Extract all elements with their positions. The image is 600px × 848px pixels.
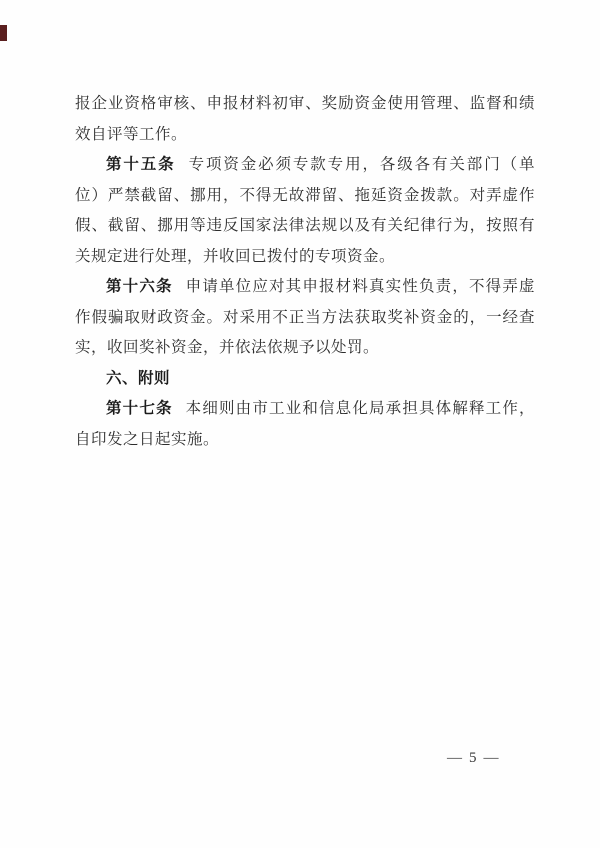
article-15-label: 第十五条 <box>106 156 176 173</box>
body-line: 作假骗取财政资金。对采用不正当方法获取奖补资金的，一经查 <box>75 303 535 334</box>
article-15-line: 第十五条专项资金必须专款专用，各级各有关部门（单 <box>75 150 535 181</box>
body-line: 实，收回奖补资金，并依法依规予以处罚。 <box>75 333 535 364</box>
line-text: 作假骗取财政资金。对采用不正当方法获取奖补资金的，一经查 <box>75 309 535 326</box>
article-16-label: 第十六条 <box>106 278 173 295</box>
article-16-line: 第十六条申请单位应对其申报材料真实性负责，不得弄虚 <box>75 272 535 303</box>
footer-right-dash: — <box>484 750 500 766</box>
body-line: 效自评等工作。 <box>75 120 535 151</box>
body-line: 关规定进行处理，并收回已拨付的专项资金。 <box>75 242 535 273</box>
section-6-label: 六、附则 <box>106 370 170 387</box>
line-text: 实，收回奖补资金，并依法依规予以处罚。 <box>75 339 379 356</box>
line-text: 假、截留、挪用等违反国家法律法规以及有关纪律行为，按照有 <box>75 217 535 234</box>
line-text: 效自评等工作。 <box>75 126 187 143</box>
document-page: 报企业资格审核、申报材料初审、奖励资金使用管理、监督和绩 效自评等工作。 第十五… <box>0 0 600 848</box>
article-17-label: 第十七条 <box>106 400 173 417</box>
article-17-line: 第十七条本细则由市工业和信息化局承担具体解释工作， <box>75 394 535 425</box>
document-body: 报企业资格审核、申报材料初审、奖励资金使用管理、监督和绩 效自评等工作。 第十五… <box>75 89 535 455</box>
line-text: 位）严禁截留、挪用，不得无故滞留、拖延资金拨款。对弄虚作 <box>75 187 535 204</box>
footer-left-dash: — <box>447 750 463 766</box>
line-text: 关规定进行处理，并收回已拨付的专项资金。 <box>75 248 395 265</box>
page-number: 5 <box>469 750 478 766</box>
line-text: 申请单位应对其申报材料真实性负责，不得弄虚 <box>186 278 535 295</box>
section-6-heading: 六、附则 <box>75 364 535 395</box>
body-line: 报企业资格审核、申报材料初审、奖励资金使用管理、监督和绩 <box>75 89 535 120</box>
line-text: 本细则由市工业和信息化局承担具体解释工作， <box>186 400 535 417</box>
page-footer: —5— <box>444 750 503 767</box>
line-text: 报企业资格审核、申报材料初审、奖励资金使用管理、监督和绩 <box>75 95 535 112</box>
body-line: 假、截留、挪用等违反国家法律法规以及有关纪律行为，按照有 <box>75 211 535 242</box>
line-text: 自印发之日起实施。 <box>75 431 219 448</box>
body-line: 位）严禁截留、挪用，不得无故滞留、拖延资金拨款。对弄虚作 <box>75 181 535 212</box>
body-line: 自印发之日起实施。 <box>75 425 535 456</box>
scan-edge-mark <box>0 25 7 41</box>
line-text: 专项资金必须专款专用，各级各有关部门（单 <box>189 156 535 173</box>
